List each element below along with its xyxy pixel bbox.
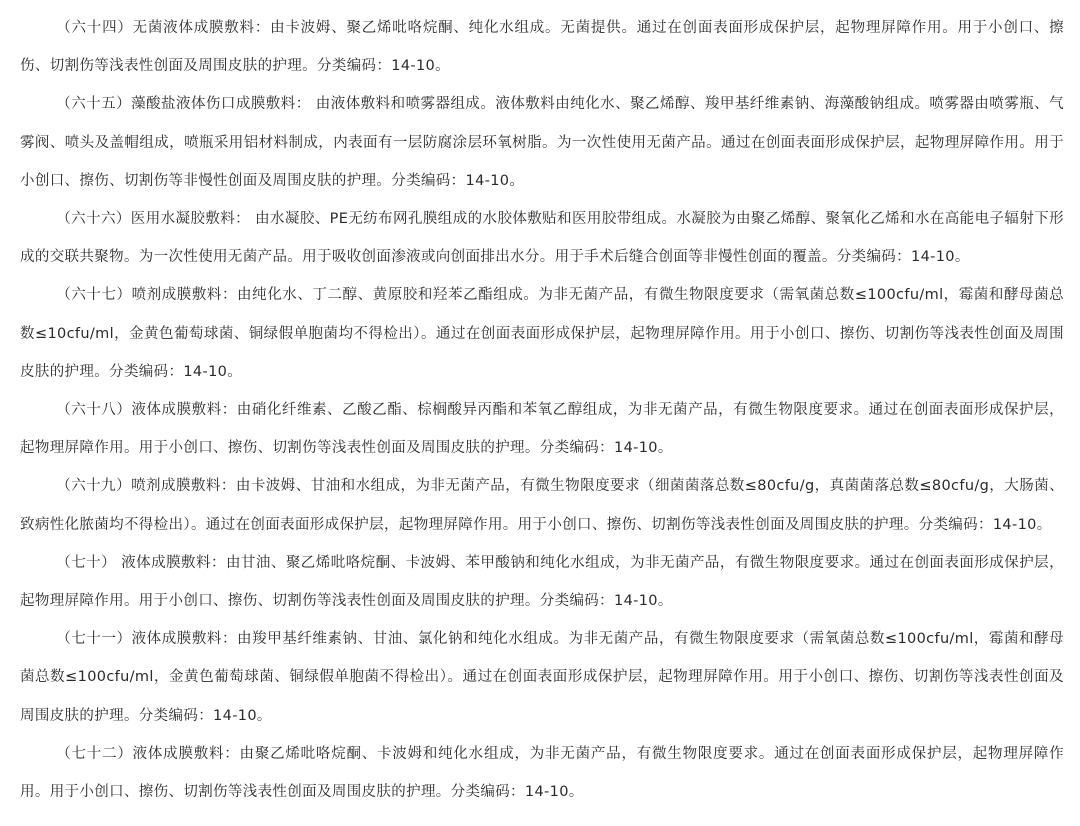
paragraph-67: （六十七）喷剂成膜敷料：由纯化水、丁二醇、黄原胶和羟苯乙酯组成。为非无菌产品，有…	[20, 276, 1064, 391]
paragraph-66: （六十六）医用水凝胶敷料： 由水凝胶、PE无纺布网孔膜组成的水胶体敷贴和医用胶带…	[20, 200, 1064, 276]
paragraph-68: （六十八）液体成膜敷料：由硝化纤维素、乙酸乙酯、棕榈酸异丙酯和苯氧乙醇组成，为非…	[20, 391, 1064, 467]
paragraph-72: （七十二）液体成膜敷料：由聚乙烯吡咯烷酮、卡波姆和纯化水组成，为非无菌产品，有微…	[20, 735, 1064, 811]
paragraph-64: （六十四）无菌液体成膜敷料：由卡波姆、聚乙烯吡咯烷酮、纯化水组成。无菌提供。通过…	[20, 9, 1064, 85]
paragraph-69: （六十九）喷剂成膜敷料：由卡波姆、甘油和水组成，为非无菌产品，有微生物限度要求（…	[20, 467, 1064, 543]
paragraph-70: （七十） 液体成膜敷料：由甘油、聚乙烯吡咯烷酮、卡波姆、苯甲酸钠和纯化水组成，为…	[20, 544, 1064, 620]
document-body: （六十四）无菌液体成膜敷料：由卡波姆、聚乙烯吡咯烷酮、纯化水组成。无菌提供。通过…	[20, 9, 1064, 811]
paragraph-65: （六十五）藻酸盐液体伤口成膜敷料： 由液体敷料和喷雾器组成。液体敷料由纯化水、聚…	[20, 85, 1064, 200]
paragraph-71: （七十一）液体成膜敷料：由羧甲基纤维素钠、甘油、氯化钠和纯化水组成。为非无菌产品…	[20, 620, 1064, 735]
